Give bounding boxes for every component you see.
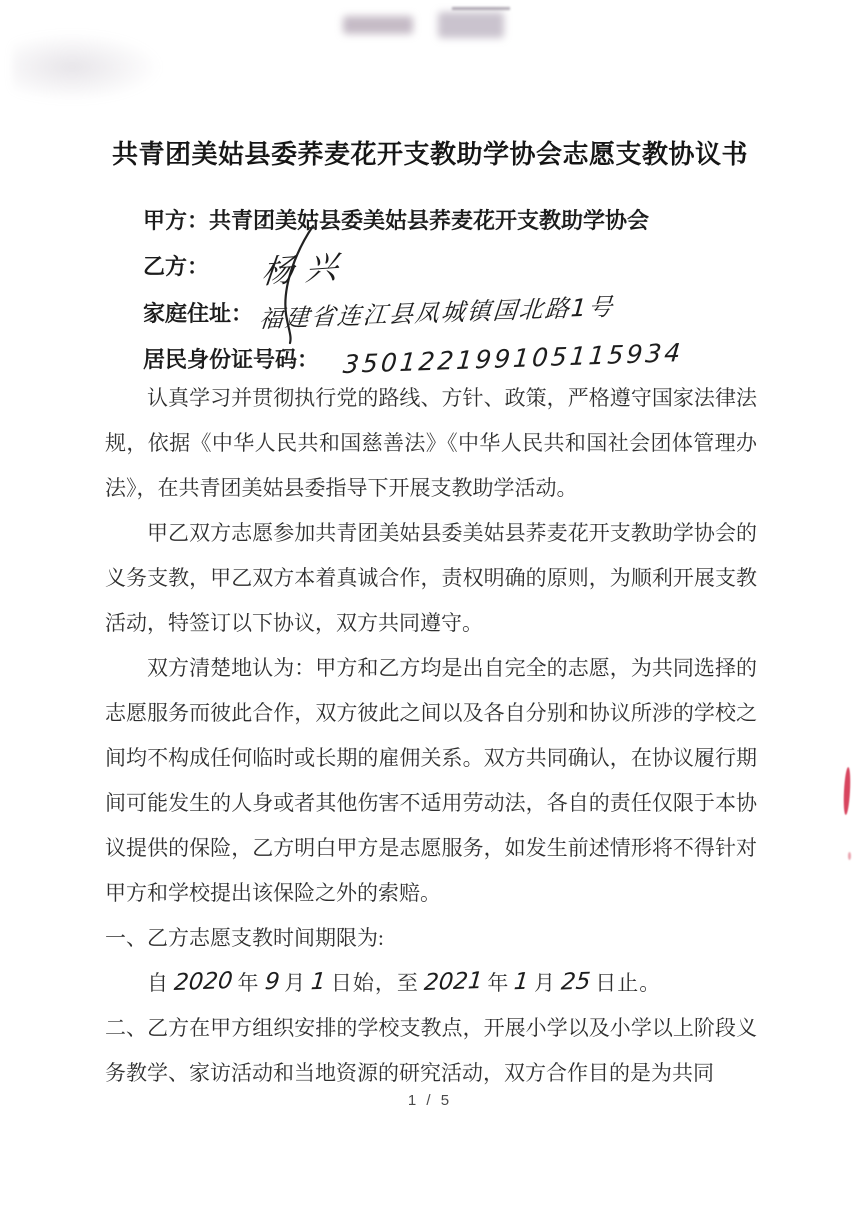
party-a-line: 甲方：共青团美姑县委美姑县荞麦花开支教助学协会 xyxy=(143,198,760,244)
red-pen-mark xyxy=(843,767,852,815)
term-month-unit-2: 月 xyxy=(534,971,556,995)
paragraph-preamble-2: 甲乙双方志愿参加共青团美姑县委美姑县荞麦花开支教助学协会的义务支教，甲乙双方本着… xyxy=(105,511,757,646)
party-b-label: 乙方： xyxy=(143,254,209,279)
clause-2-text: 二、乙方在甲方组织安排的学校支教点，开展小学以及小学以上阶段义务教学、家访活动和… xyxy=(105,1006,757,1096)
red-pen-dot xyxy=(848,852,851,860)
clause-1-heading: 一、乙方志愿支教时间期限为: xyxy=(105,916,757,961)
scanned-agreement-page: 共青团美姑县委荞麦花开支教助学协会志愿支教协议书 甲方：共青团美姑县委美姑县荞麦… xyxy=(0,0,860,1221)
paragraph-preamble-1: 认真学习并贯彻执行党的路线、方针、政策，严格遵守国家法律法规，依据《中华人民共和… xyxy=(105,376,757,511)
scan-smudge-top-left xyxy=(12,32,162,102)
party-b-line: 乙方： xyxy=(143,244,760,290)
party-a-value: 共青团美姑县委美姑县荞麦花开支教助学协会 xyxy=(209,208,649,233)
term-day-start-handwritten: 1 xyxy=(309,960,328,1006)
scan-smudge-bleedthrough-2 xyxy=(438,12,504,38)
term-end: 日止。 xyxy=(595,971,661,995)
scan-smudge-line xyxy=(452,7,510,10)
term-line: 自2020年9月1日始，至2021年1月25日止。 xyxy=(105,961,757,1006)
term-mid: 日始，至 xyxy=(331,971,419,995)
document-title: 共青团美姑县委荞麦花开支教助学协会志愿支教协议书 xyxy=(0,134,860,171)
term-month-unit-1: 月 xyxy=(284,971,306,995)
scan-smudge-bleedthrough-1 xyxy=(343,16,413,34)
agreement-body: 认真学习并贯彻执行党的路线、方针、政策，严格遵守国家法律法规，依据《中华人民共和… xyxy=(105,376,757,1096)
address-line: 家庭住址：福建省连江县凤城镇国北路1号 xyxy=(143,290,760,336)
parties-block: 甲方：共青团美姑县委美姑县荞麦花开支教助学协会 乙方： 家庭住址：福建省连江县凤… xyxy=(143,198,760,382)
term-day-end-handwritten: 25 xyxy=(559,959,592,1005)
term-year-unit-1: 年 xyxy=(238,971,260,995)
term-from: 自 xyxy=(147,971,169,995)
term-year-start-handwritten: 2020 xyxy=(172,959,234,1006)
page-indicator: 1 / 5 xyxy=(0,1092,860,1109)
id-label: 居民身份证号码： xyxy=(143,347,319,372)
paragraph-preamble-3: 双方清楚地认为：甲方和乙方均是出自完全的志愿，为共同选择的志愿服务而彼此合作，双… xyxy=(105,646,757,916)
term-month-end-handwritten: 1 xyxy=(512,960,531,1006)
term-month-start-handwritten: 9 xyxy=(263,960,282,1006)
term-year-end-handwritten: 2021 xyxy=(422,959,484,1006)
party-a-label: 甲方： xyxy=(143,208,209,233)
term-year-unit-2: 年 xyxy=(487,971,509,995)
address-label: 家庭住址： xyxy=(143,301,253,326)
